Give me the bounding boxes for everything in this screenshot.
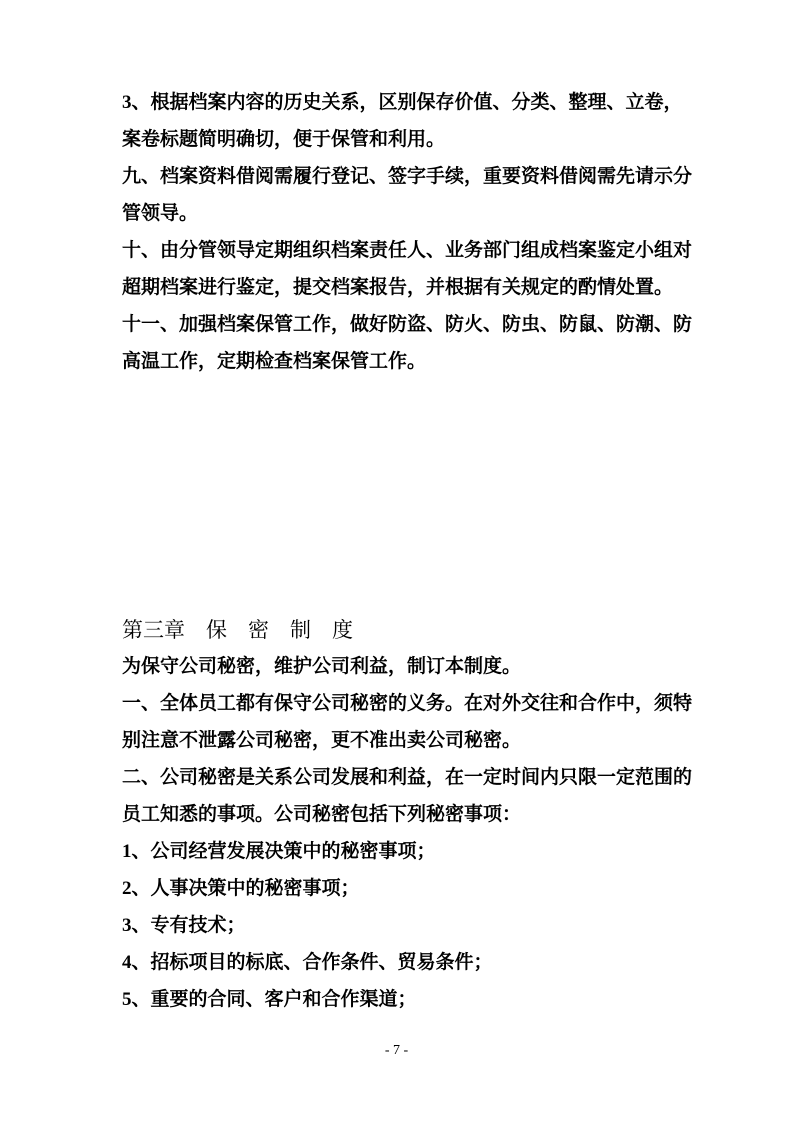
document-line: 一、全体员工都有保守公司秘密的义务。在对外交往和合作中，须特 <box>122 694 732 714</box>
page-number: - 7 - <box>0 1044 793 1058</box>
document-line: 为保守公司秘密，维护公司利益，制订本制度。 <box>122 657 732 677</box>
list-item-line: 4、招标项目的标底、合作条件、贸易条件； <box>122 953 732 973</box>
document-line: 二、公司秘密是关系公司发展和利益，在一定时间内只限一定范围的 <box>122 768 732 788</box>
document-line: 别注意不泄露公司秘密，更不准出卖公司秘密。 <box>122 731 732 751</box>
list-item-line: 1、公司经营发展决策中的秘密事项； <box>122 842 732 862</box>
document-line: 管领导。 <box>122 204 732 224</box>
list-item-line: 2、人事决策中的秘密事项； <box>122 879 732 899</box>
document-line: 十一、加强档案保管工作，做好防盗、防火、防虫、防鼠、防潮、防 <box>122 315 732 335</box>
document-line: 3、根据档案内容的历史关系，区别保存价值、分类、整理、立卷， <box>122 93 732 113</box>
document-line: 案卷标题简明确切，便于保管和利用。 <box>122 130 732 150</box>
document-line: 九、档案资料借阅需履行登记、签字手续，重要资料借阅需先请示分 <box>122 167 732 187</box>
list-item-line: 3、专有技术； <box>122 916 732 936</box>
list-item-line: 5、重要的合同、客户和合作渠道； <box>122 990 732 1010</box>
document-line: 高温工作，定期检查档案保管工作。 <box>122 352 732 372</box>
document-line: 超期档案进行鉴定，提交档案报告，并根据有关规定的酌情处置。 <box>122 278 732 298</box>
document-line: 员工知悉的事项。公司秘密包括下列秘密事项： <box>122 805 732 825</box>
document-line: 十、由分管领导定期组织档案责任人、业务部门组成档案鉴定小组对 <box>122 241 732 261</box>
chapter-heading: 第三章 保 密 制 度 <box>122 619 732 641</box>
document-page: 3、根据档案内容的历史关系，区别保存价值、分类、整理、立卷， 案卷标题简明确切，… <box>0 0 793 1122</box>
